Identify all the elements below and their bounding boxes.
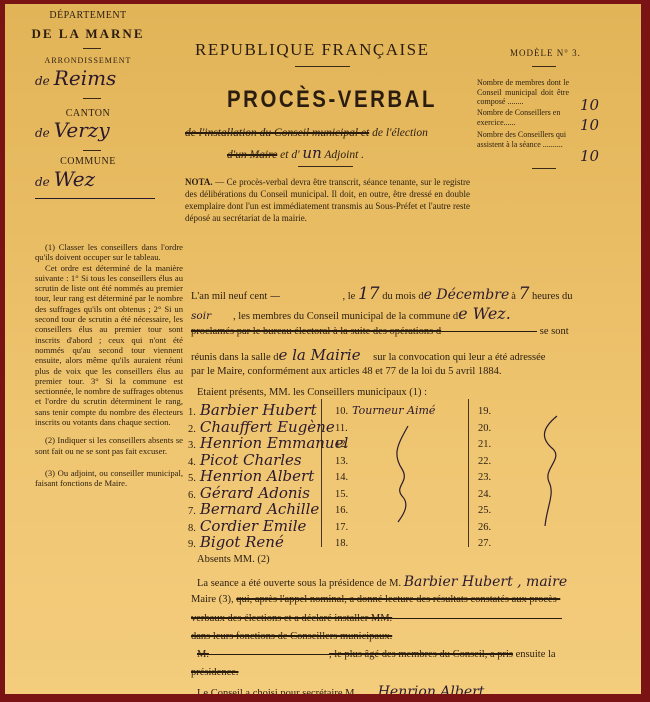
squiggle-strike-mark — [390, 424, 420, 524]
commune-label: COMMUNE — [13, 156, 163, 167]
councillor-row: 4. Picot Charles — [188, 451, 318, 468]
struck-line-2: verbaux des élections et a déclaré insta… — [191, 613, 562, 624]
stat-present-label: Nombre des Conseillers qui assistent à l… — [477, 130, 569, 149]
footnote-2: (2) Indiquer si les conseillers absents … — [35, 435, 183, 456]
subtitle-line-1: de l'installation du Conseil municipal e… — [185, 127, 428, 139]
councillor-row: 2. Chauffert Eugène — [188, 418, 318, 435]
footnote-1a: (1) Classer les conseillers dans l'ordre… — [35, 242, 183, 263]
departement-label: DÉPARTEMENT — [13, 10, 163, 21]
councillor-row: 6. Gérard Adonis — [188, 484, 318, 501]
struck-line-4: M., le plus âgé des membres du Conseil, … — [197, 649, 556, 660]
column-divider — [468, 399, 469, 547]
squiggle-strike-mark — [535, 414, 575, 529]
stat-members-value: 10 — [580, 96, 599, 114]
councillor-row: 1. Barbier Hubert — [188, 401, 318, 418]
republique-heading: REPUBLIQUE FRANÇAISE — [195, 40, 430, 60]
councillor-column-1: 1. Barbier Hubert 2. Chauffert Eugène 3.… — [188, 401, 318, 550]
departement-value: DE LA MARNE — [13, 26, 163, 42]
councillor-row: 5. Henrion Albert — [188, 467, 318, 484]
secretary-line: Le Conseil a choisi pour secrétaire M. H… — [197, 684, 484, 694]
councillor-row: 10. Tourneur Aimé — [335, 401, 465, 418]
divider — [83, 48, 101, 49]
councillor-row: 18. — [335, 533, 465, 550]
present-label: Etaient présents, MM. les Conseillers mu… — [197, 387, 427, 398]
struck-line-5: présidence. — [191, 667, 239, 678]
seance-line: La seance a été ouverte sous la présiden… — [197, 574, 567, 590]
footnote-1b: Cet ordre est déterminé de la manière su… — [35, 263, 183, 428]
struck-line-3: dans leurs fonctions de Conseillers muni… — [191, 631, 392, 642]
divider — [295, 66, 350, 67]
stat-present-value: 10 — [580, 147, 599, 165]
canton-field: de Verzy — [35, 118, 110, 142]
stat-members-label: Nombre de membres dont le Conseil munici… — [477, 78, 569, 107]
body-line-4: réunis dans la salle de la Mairie sur la… — [191, 346, 545, 364]
councillor-row: 3. Henrion Emmanuel — [188, 434, 318, 451]
body-line-2: soir, les membres du Conseil municipal d… — [191, 304, 511, 323]
footnote-3: (3) Ou adjoint, ou conseiller municipal,… — [35, 468, 183, 489]
nota-block: NOTA. — Ce procès-verbal devra être tran… — [185, 176, 470, 224]
divider — [532, 66, 556, 67]
stat-exercice-label: Nombre de Conseillers en exercice...... — [477, 108, 569, 127]
nota-text: — Ce procès-verbal devra être transcrit,… — [185, 177, 470, 223]
commune-flourish — [35, 198, 155, 199]
proces-verbal-page: DÉPARTEMENT DE LA MARNE ARRONDISSEMENT d… — [5, 4, 641, 694]
subtitle-line-2: d'un Maire et d' un Adjoint . — [227, 144, 364, 162]
divider — [298, 166, 353, 167]
absents-label: Absents MM. (2) — [197, 554, 270, 565]
commune-field: de Wez — [35, 167, 95, 191]
divider — [532, 168, 556, 169]
councillor-row: 27. — [478, 533, 608, 550]
divider — [83, 98, 101, 99]
footnotes: (1) Classer les conseillers dans l'ordre… — [35, 242, 183, 489]
arrondissement-field: de Reims — [35, 66, 116, 90]
body-line-5: par le Maire, conformément aux articles … — [191, 366, 502, 377]
model-number: MODÈLE N° 3. — [510, 48, 581, 58]
body-line-3: proclamés par le bureau électoral à la s… — [191, 326, 569, 337]
councillor-row: 7. Bernard Achille — [188, 500, 318, 517]
document-title: PROCÈS-VERBAL — [227, 86, 437, 114]
body-line-1: L'an mil neuf cent — , le 17 du mois de … — [191, 284, 573, 304]
nota-label: NOTA. — [185, 177, 213, 187]
councillor-row: 9. Bigot René — [188, 533, 318, 550]
maire-line: Maire (3), qui, après l'appel nominal, a… — [191, 594, 560, 605]
stat-exercice-value: 10 — [580, 116, 599, 134]
councillor-row: 8. Cordier Emile — [188, 517, 318, 534]
arrondissement-label: ARRONDISSEMENT — [13, 56, 163, 65]
divider — [83, 150, 101, 151]
